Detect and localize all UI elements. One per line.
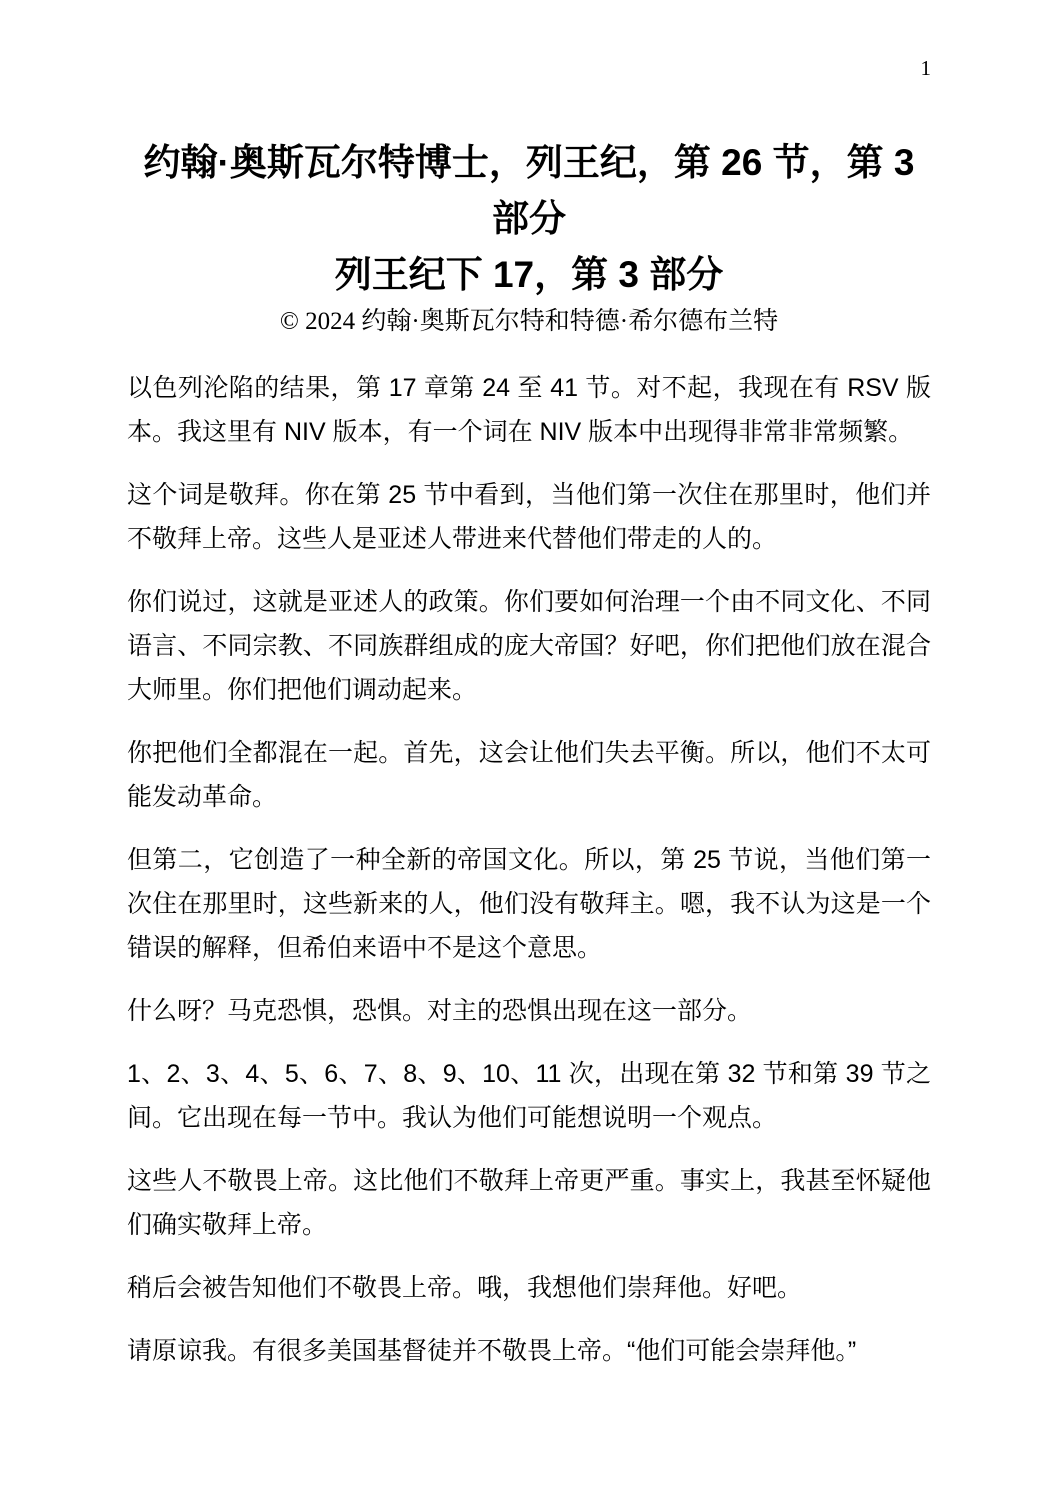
document-title: 约翰·奥斯瓦尔特博士，列王纪，第 26 节，第 3 部分 — [127, 135, 931, 247]
document-body: 以色列沦陷的结果，第 17 章第 24 至 41 节。对不起，我现在有 RSV … — [127, 366, 931, 1373]
document-page: 1 约翰·奥斯瓦尔特博士，列王纪，第 26 节，第 3 部分 列王纪下 17，第… — [0, 0, 1058, 1497]
paragraph: 稍后会被告知他们不敬畏上帝。哦，我想他们崇拜他。好吧。 — [127, 1266, 931, 1310]
paragraph: 什么呀？马克恐惧，恐惧。对主的恐惧出现在这一部分。 — [127, 989, 931, 1033]
document-subtitle: 列王纪下 17，第 3 部分 — [127, 247, 931, 303]
page-number: 1 — [127, 55, 931, 81]
paragraph: 请原谅我。有很多美国基督徒并不敬畏上帝。“他们可能会崇拜他。” — [127, 1329, 931, 1373]
paragraph: 你们说过，这就是亚述人的政策。你们要如何治理一个由不同文化、不同语言、不同宗教、… — [127, 580, 931, 712]
copyright-line: © 2024 约翰·奥斯瓦尔特和特德·希尔德布兰特 — [127, 303, 931, 340]
paragraph: 这些人不敬畏上帝。这比他们不敬拜上帝更严重。事实上，我甚至怀疑他们确实敬拜上帝。 — [127, 1159, 931, 1247]
paragraph: 这个词是敬拜。你在第 25 节中看到，当他们第一次住在那里时，他们并不敬拜上帝。… — [127, 473, 931, 561]
paragraph: 以色列沦陷的结果，第 17 章第 24 至 41 节。对不起，我现在有 RSV … — [127, 366, 931, 454]
paragraph: 1、2、3、4、5、6、7、8、9、10、11 次，出现在第 32 节和第 39… — [127, 1052, 931, 1140]
paragraph: 你把他们全都混在一起。首先，这会让他们失去平衡。所以，他们不太可能发动革命。 — [127, 731, 931, 819]
paragraph: 但第二，它创造了一种全新的帝国文化。所以，第 25 节说，当他们第一次住在那里时… — [127, 838, 931, 970]
